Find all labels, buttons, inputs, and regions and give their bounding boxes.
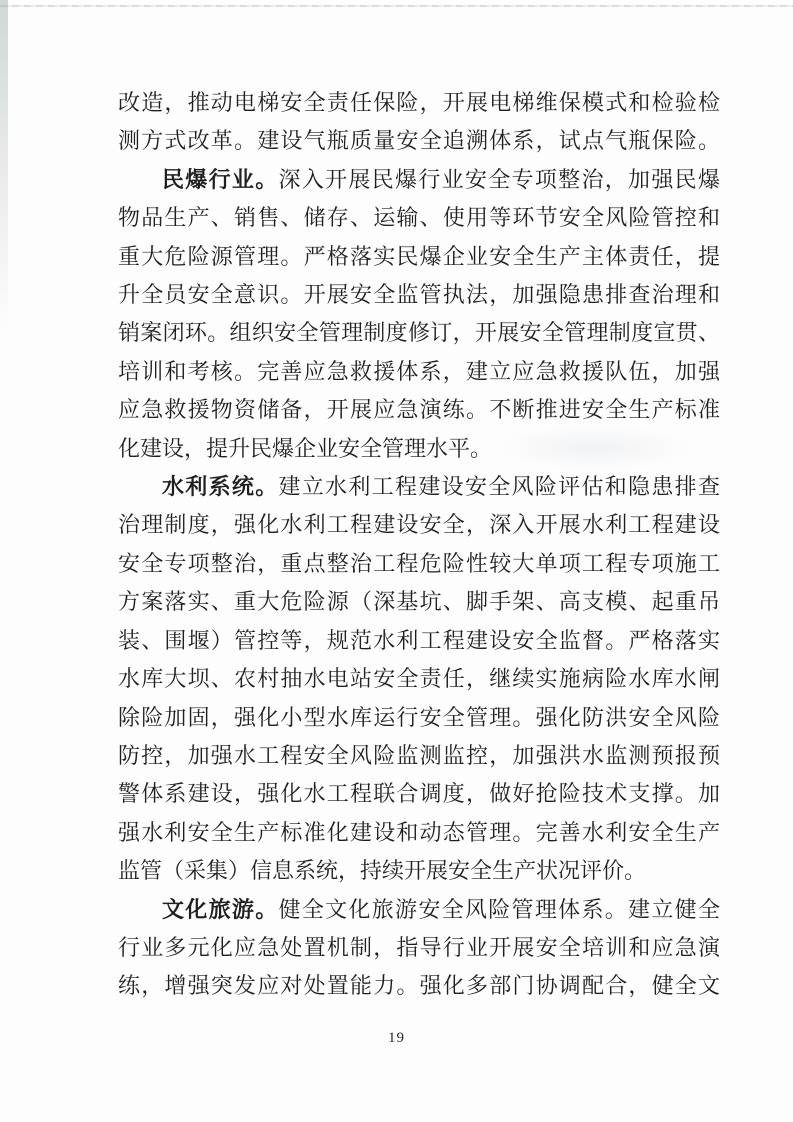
text-line: 升全员安全意识。开展安全监管执法，加强隐患排查治理和: [118, 276, 720, 314]
line-text: 化建设，提升民爆企业安全管理水平。: [118, 436, 492, 461]
text-line: 测方式改革。建设气瓶质量安全追溯体系，试点气瓶保险。: [118, 122, 720, 160]
text-line: 方案落实、重大危险源（深基坑、脚手架、高支模、起重吊: [118, 583, 720, 621]
line-text: 防控，加强水工程安全风险监测监控，加强洪水监测预报预: [118, 743, 720, 768]
text-line: 强水利安全生产标准化建设和动态管理。完善水利安全生产: [118, 814, 720, 852]
line-text: 改造，推动电梯安全责任保险，开展电梯维保模式和检验检: [118, 90, 720, 115]
line-text: 应急救援物资储备，开展应急演练。不断推进安全生产标准: [118, 397, 720, 422]
line-text: 深入开展民爆行业安全专项整治，加强民爆: [279, 167, 720, 192]
text-line: 改造，推动电梯安全责任保险，开展电梯维保模式和检验检: [118, 84, 720, 122]
line-text: 水库大坝、农村抽水电站安全责任，继续实施病险水库水闸: [118, 666, 720, 691]
text-line: 警体系建设，强化水工程联合调度，做好抢险技术支撑。加: [118, 775, 720, 813]
text-line: 文化旅游。健全文化旅游安全风险管理体系。建立健全: [118, 891, 720, 929]
line-text: 建立水利工程建设安全风险评估和隐患排查: [279, 474, 720, 499]
text-line: 水库大坝、农村抽水电站安全责任，继续实施病险水库水闸: [118, 660, 720, 698]
line-text: 测方式改革。建设气瓶质量安全追溯体系，试点气瓶保险。: [118, 128, 720, 153]
text-line: 应急救援物资储备，开展应急演练。不断推进安全生产标准: [118, 391, 720, 429]
paragraph-lead: 水利系统。: [162, 474, 279, 499]
scan-edge-left: [0, 0, 8, 330]
line-text: 重大危险源管理。严格落实民爆企业安全生产主体责任，提: [118, 244, 720, 269]
text-line: 水利系统。建立水利工程建设安全风险评估和隐患排查: [118, 468, 720, 506]
line-text: 安全专项整治，重点整治工程危险性较大单项工程专项施工: [118, 551, 720, 576]
text-line: 安全专项整治，重点整治工程危险性较大单项工程专项施工: [118, 545, 720, 583]
line-text: 销案闭环。组织安全管理制度修订，开展安全管理制度宣贯、: [118, 320, 720, 345]
paragraph-lead: 文化旅游。: [162, 897, 279, 922]
document-page: 改造，推动电梯安全责任保险，开展电梯维保模式和检验检测方式改革。建设气瓶质量安全…: [0, 0, 793, 1122]
text-line: 防控，加强水工程安全风险监测监控，加强洪水监测预报预: [118, 737, 720, 775]
text-line: 行业多元化应急处置机制，指导行业开展安全培训和应急演: [118, 929, 720, 967]
text-line: 物品生产、销售、储存、运输、使用等环节安全风险管控和: [118, 199, 720, 237]
line-text: 行业多元化应急处置机制，指导行业开展安全培训和应急演: [118, 935, 720, 960]
text-line: 化建设，提升民爆企业安全管理水平。: [118, 430, 720, 468]
line-text: 健全文化旅游安全风险管理体系。建立健全: [279, 897, 720, 922]
line-text: 强水利安全生产标准化建设和动态管理。完善水利安全生产: [118, 820, 720, 845]
text-line: 治理制度，强化水利工程建设安全，深入开展水利工程建设: [118, 506, 720, 544]
text-line: 培训和考核。完善应急救援体系，建立应急救援队伍，加强: [118, 353, 720, 391]
line-text: 物品生产、销售、储存、运输、使用等环节安全风险管控和: [118, 205, 720, 230]
text-line: 重大危险源管理。严格落实民爆企业安全生产主体责任，提: [118, 238, 720, 276]
line-text: 练，增强突发应对处置能力。强化多部门协调配合，健全文: [118, 973, 720, 998]
text-block: 改造，推动电梯安全责任保险，开展电梯维保模式和检验检测方式改革。建设气瓶质量安全…: [118, 84, 720, 1006]
text-line: 装、围堰）管控等，规范水利工程建设安全监督。严格落实: [118, 622, 720, 660]
text-line: 除险加固，强化小型水库运行安全管理。强化防洪安全风险: [118, 699, 720, 737]
line-text: 警体系建设，强化水工程联合调度，做好抢险技术支撑。加: [118, 781, 720, 806]
text-line: 监管（采集）信息系统，持续开展安全生产状况评价。: [118, 852, 720, 890]
line-text: 监管（采集）信息系统，持续开展安全生产状况评价。: [118, 858, 646, 883]
text-line: 民爆行业。深入开展民爆行业安全专项整治，加强民爆: [118, 161, 720, 199]
text-line: 销案闭环。组织安全管理制度修订，开展安全管理制度宣贯、: [118, 314, 720, 352]
paragraph-lead: 民爆行业。: [162, 167, 279, 192]
page-number: 19: [0, 1030, 793, 1047]
line-text: 装、围堰）管控等，规范水利工程建设安全监督。严格落实: [118, 628, 720, 653]
scan-edge-top: [0, 5, 793, 7]
line-text: 方案落实、重大危险源（深基坑、脚手架、高支模、起重吊: [118, 589, 720, 614]
text-line: 练，增强突发应对处置能力。强化多部门协调配合，健全文: [118, 967, 720, 1005]
line-text: 除险加固，强化小型水库运行安全管理。强化防洪安全风险: [118, 705, 720, 730]
line-text: 培训和考核。完善应急救援体系，建立应急救援队伍，加强: [118, 359, 720, 384]
line-text: 治理制度，强化水利工程建设安全，深入开展水利工程建设: [118, 512, 720, 537]
line-text: 升全员安全意识。开展安全监管执法，加强隐患排查治理和: [118, 282, 720, 307]
